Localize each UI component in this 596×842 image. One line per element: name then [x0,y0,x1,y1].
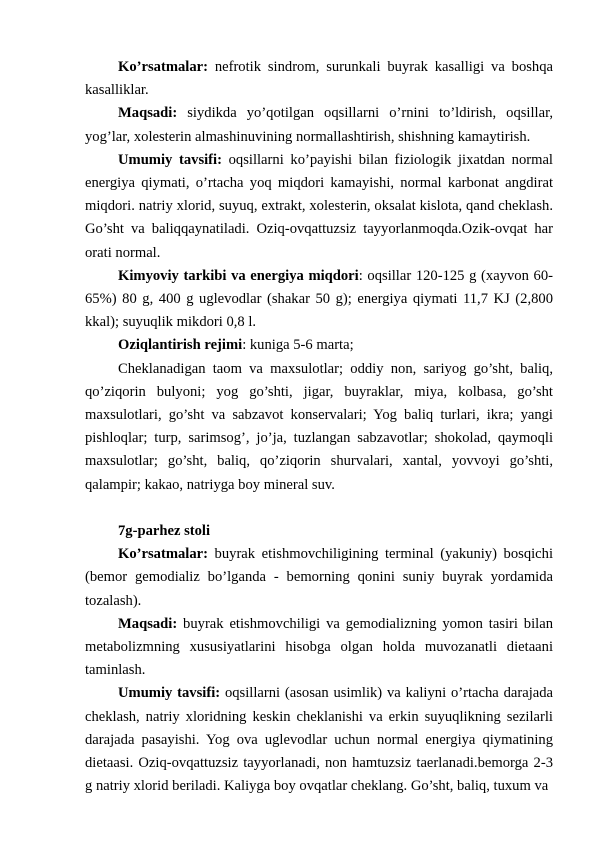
text-general-description: oqsillarni ko’payishi bilan fiziologik j… [85,152,553,261]
label-chemical-composition: Kimyoviy tarkibi va energiya miqdori [118,268,359,284]
text-feeding-regime: : kuniga 5-6 marta; [242,337,353,353]
label-purpose: Maqsadi: [118,105,177,121]
label-indications: Ko’rsatmalar: [118,59,208,75]
paragraph-restricted-foods: Cheklanadigan taom va maxsulotlar; oddiy… [85,358,553,497]
label-general-description: Umumiy tavsifi: [118,152,222,168]
label-general-description-7g: Umumiy tavsifi: [118,685,220,701]
label-purpose-7g: Maqsadi: [118,616,177,632]
paragraph-indications: Ko’rsatmalar: nefrotik sindrom, surunkal… [85,56,553,102]
label-feeding-regime: Oziqlantirish rejimi [118,337,242,353]
blank-line [85,497,553,520]
paragraph-general-description: Umumiy tavsifi: oqsillarni ko’payishi bi… [85,149,553,265]
paragraph-purpose: Maqsadi: siydikda yo’qotilgan oqsillarni… [85,102,553,148]
heading-diet-table-7g: 7g-parhez stoli [118,523,210,539]
paragraph-general-description-7g: Umumiy tavsifi: oqsillarni (asosan usiml… [85,682,553,798]
text-restricted-foods: Cheklanadigan taom va maxsulotlar; oddiy… [85,361,553,493]
document-page: Ko’rsatmalar: nefrotik sindrom, surunkal… [85,56,553,798]
paragraph-feeding-regime: Oziqlantirish rejimi: kuniga 5-6 marta; [85,334,553,357]
section-heading: 7g-parhez stoli [85,520,553,543]
label-indications-7g: Ko’rsatmalar: [118,546,208,562]
paragraph-chemical-composition: Kimyoviy tarkibi va energiya miqdori: oq… [85,265,553,335]
paragraph-purpose-7g: Maqsadi: buyrak etishmovchiligi va gemod… [85,613,553,683]
text-general-description-7g: oqsillarni (asosan usimlik) va kaliyni o… [85,685,553,794]
paragraph-indications-7g: Ko’rsatmalar: buyrak etishmovchiligining… [85,543,553,613]
